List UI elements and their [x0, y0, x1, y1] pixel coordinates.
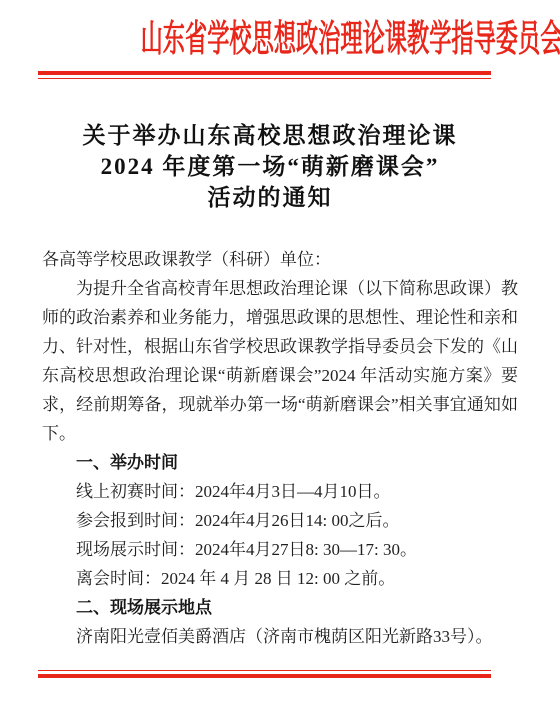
venue-line: 济南阳光壹佰美爵酒店（济南市槐荫区阳光新路33号）。 [42, 622, 518, 651]
schedule-line-departure: 离会时间：2024 年 4 月 28 日 12: 00 之前。 [42, 564, 518, 593]
section-2-heading: 二、现场展示地点 [42, 593, 518, 622]
title-line-1: 关于举办山东高校思想政治理论课 [0, 120, 540, 151]
section-1-heading: 一、举办时间 [42, 448, 518, 477]
salutation: 各高等学校思政课教学（科研）单位： [42, 245, 518, 274]
schedule-line-online-round: 线上初赛时间：2024年4月3日—4月10日。 [42, 477, 518, 506]
letterhead: 山东省学校思想政治理论课教学指导委员会 [0, 20, 537, 67]
footer-divider [38, 670, 491, 678]
header-divider [38, 71, 491, 79]
schedule-line-checkin: 参会报到时间：2024年4月26日14: 00之后。 [42, 506, 518, 535]
intro-paragraph: 为提升全省高校青年思想政治理论课（以下简称思政课）教师的政治素养和业务能力，增强… [42, 274, 518, 448]
schedule-line-onsite-show: 现场展示时间：2024年4月27日8: 30—17: 30。 [42, 535, 518, 564]
document-page: 山东省学校思想政治理论课教学指导委员会 关于举办山东高校思想政治理论课 2024… [0, 0, 560, 726]
letterhead-org-name: 山东省学校思想政治理论课教学指导委员会 [141, 20, 560, 60]
title-line-2: 2024 年度第一场“萌新磨课会” [0, 151, 540, 182]
document-title: 关于举办山东高校思想政治理论课 2024 年度第一场“萌新磨课会” 活动的通知 [0, 120, 540, 213]
document-body: 各高等学校思政课教学（科研）单位： 为提升全省高校青年思想政治理论课（以下简称思… [42, 245, 518, 651]
title-line-3: 活动的通知 [0, 182, 540, 213]
